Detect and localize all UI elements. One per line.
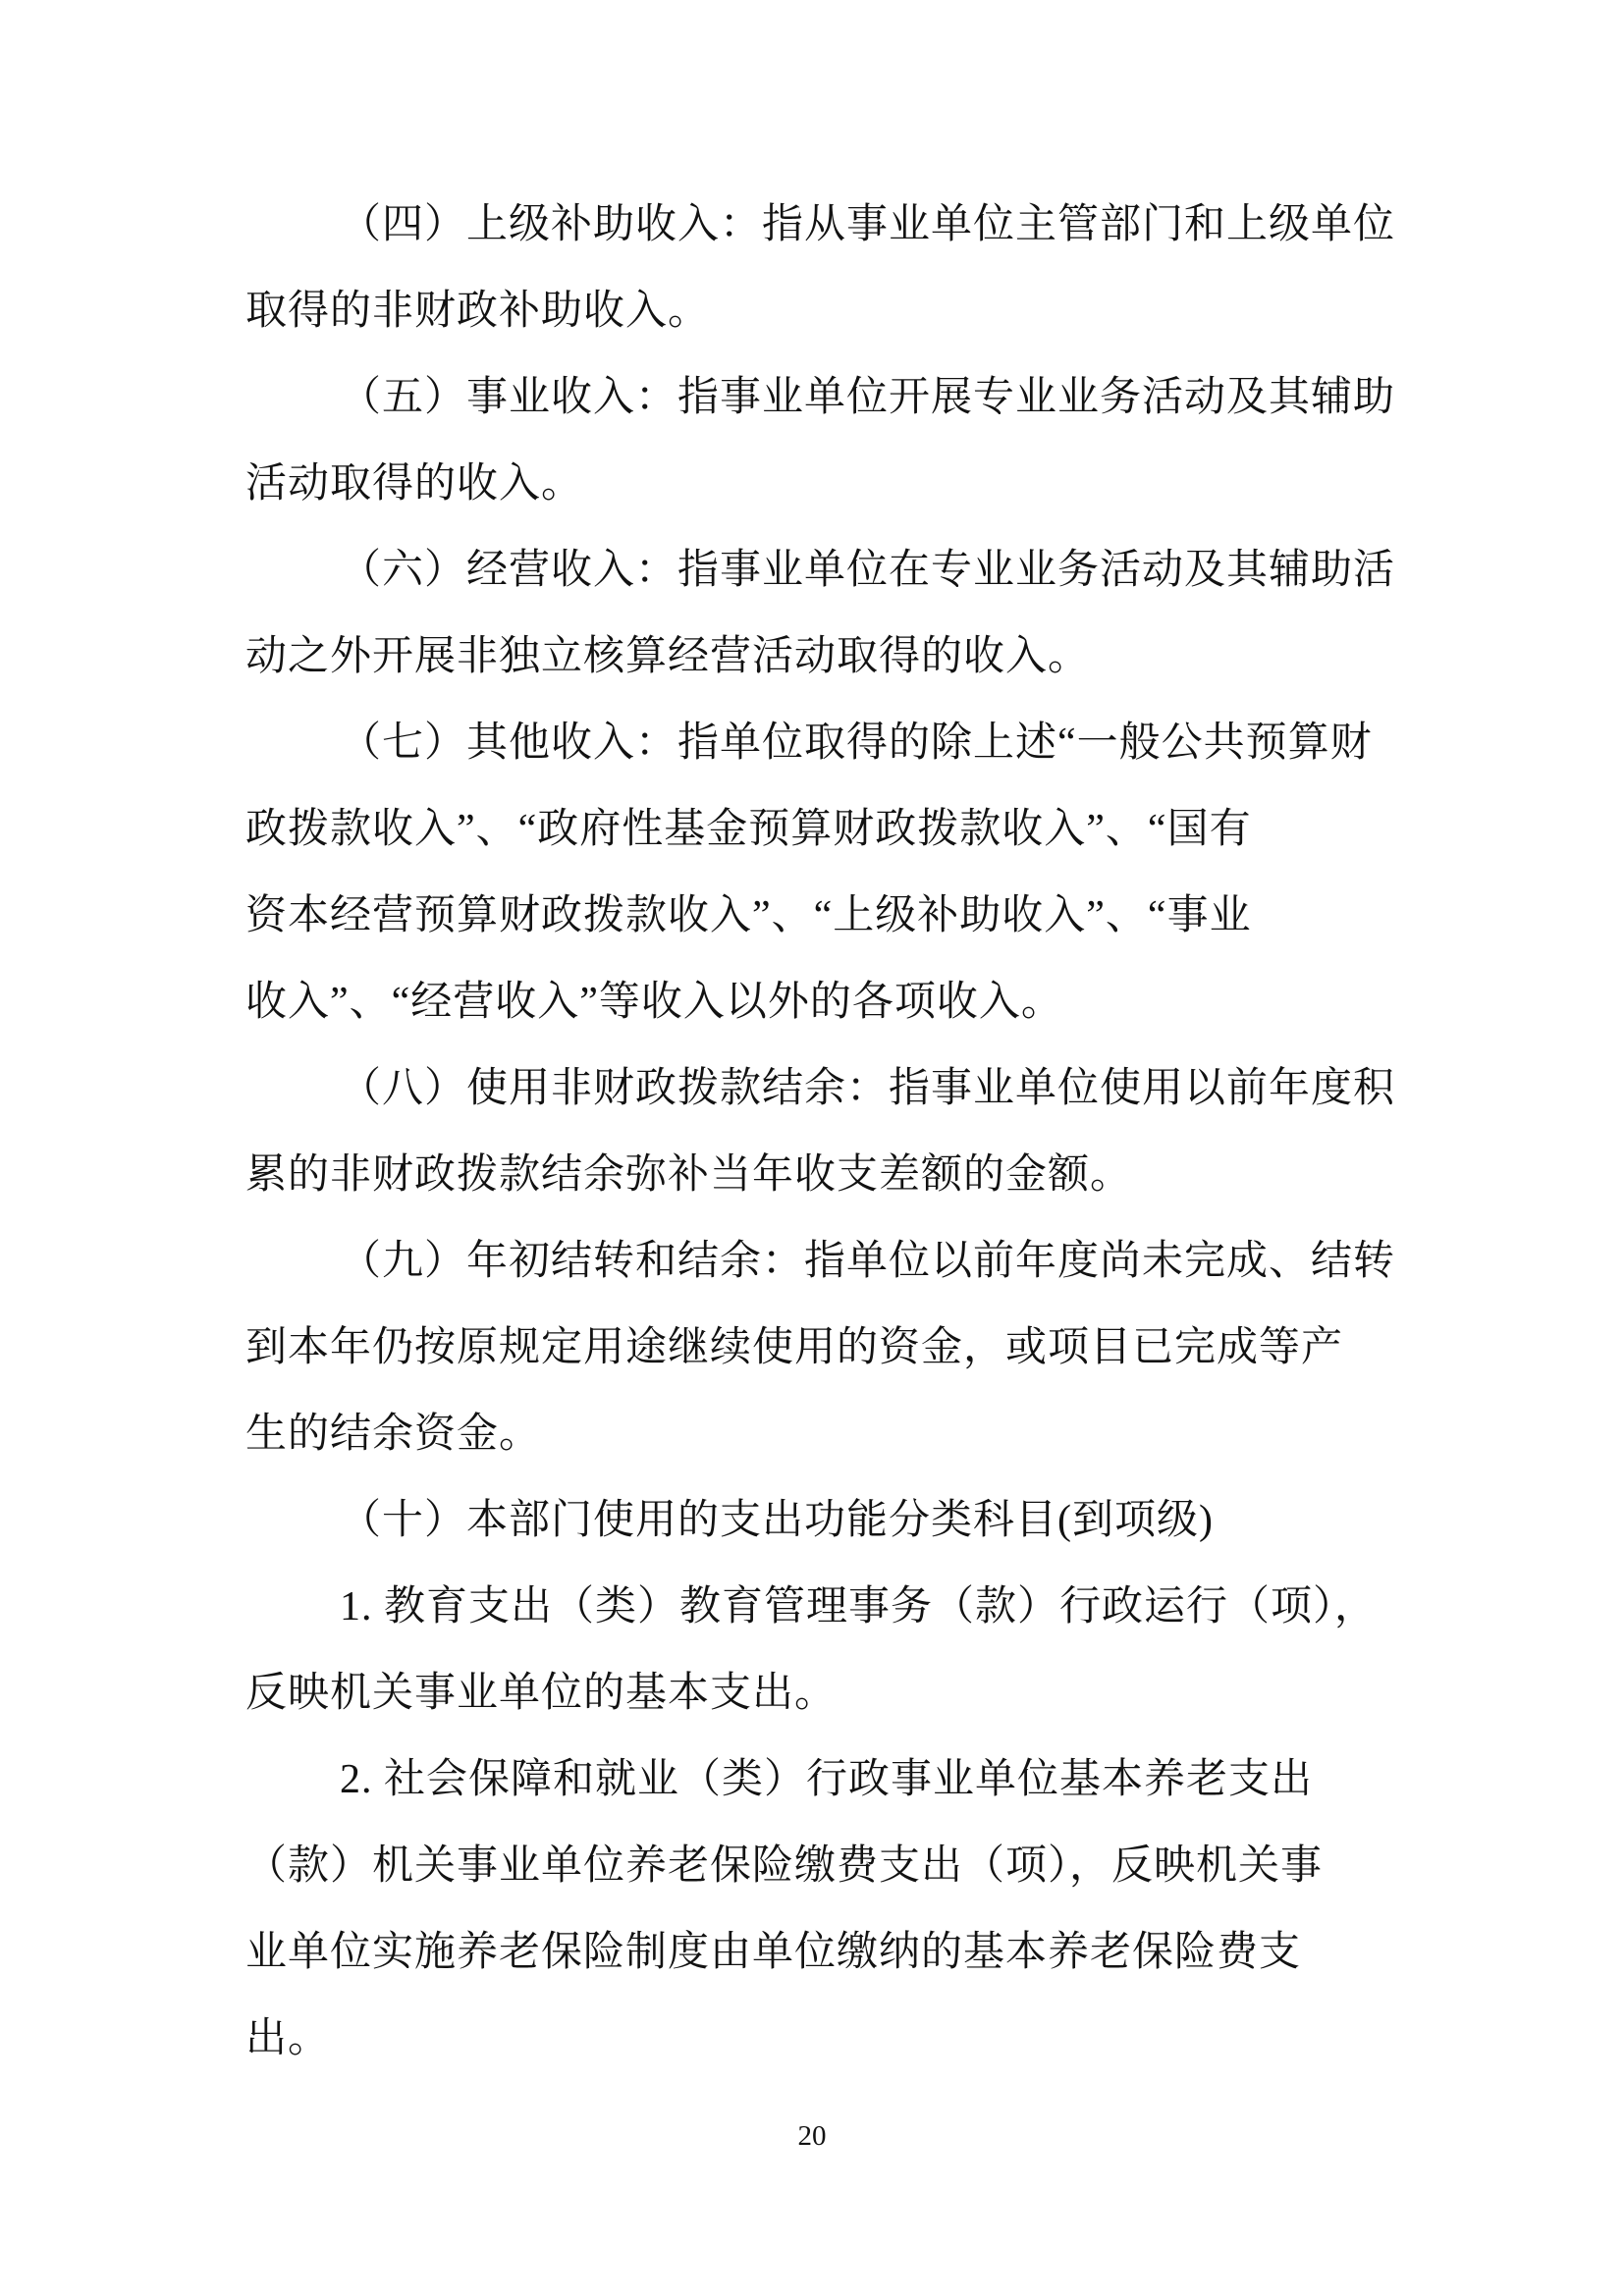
text-line: 反映机关事业单位的基本支出。 (245, 1650, 1438, 1736)
document-page: （四）上级补助收入：指从事业单位主管部门和上级单位取得的非财政补助收入。（五）事… (0, 0, 1624, 2296)
text-line: 2. 社会保障和就业（类）行政事业单位基本养老支出 (245, 1736, 1438, 1823)
text-line: （六）经营收入：指事业单位在专业业务活动及其辅助活 (245, 527, 1438, 614)
text-line: 出。 (245, 1996, 1438, 2082)
text-line: （九）年初结转和结余：指单位以前年度尚未完成、结转 (245, 1218, 1438, 1305)
text-line: 业单位实施养老保险制度由单位缴纳的基本养老保险费支 (245, 1909, 1438, 1996)
text-line: 政拨款收入”、“政府性基金预算财政拨款收入”、“国有 (245, 786, 1438, 873)
text-line: 活动取得的收入。 (245, 441, 1438, 527)
text-line: 生的结余资金。 (245, 1391, 1438, 1477)
text-line: （四）上级补助收入：指从事业单位主管部门和上级单位 (245, 182, 1438, 268)
text-line: 动之外开展非独立核算经营活动取得的收入。 (245, 614, 1438, 700)
text-line: 取得的非财政补助收入。 (245, 268, 1438, 354)
text-line: 到本年仍按原规定用途继续使用的资金，或项目已完成等产 (245, 1305, 1438, 1391)
text-line: 1. 教育支出（类）教育管理事务（款）行政运行（项）， (245, 1564, 1438, 1650)
text-line: （七）其他收入：指单位取得的除上述“一般公共预算财 (245, 700, 1438, 786)
text-line: 资本经营预算财政拨款收入”、“上级补助收入”、“事业 (245, 873, 1438, 959)
text-line: 收入”、“经营收入”等收入以外的各项收入。 (245, 959, 1438, 1045)
document-body: （四）上级补助收入：指从事业单位主管部门和上级单位取得的非财政补助收入。（五）事… (245, 182, 1438, 2082)
text-line: （八）使用非财政拨款结余：指事业单位使用以前年度积 (245, 1045, 1438, 1132)
text-line: （款）机关事业单位养老保险缴费支出（项），反映机关事 (245, 1823, 1438, 1909)
text-line: 累的非财政拨款结余弥补当年收支差额的金额。 (245, 1132, 1438, 1218)
page-number: 20 (0, 2120, 1624, 2153)
text-line: （十）本部门使用的支出功能分类科目(到项级) (245, 1477, 1438, 1564)
text-line: （五）事业收入：指事业单位开展专业业务活动及其辅助 (245, 354, 1438, 441)
